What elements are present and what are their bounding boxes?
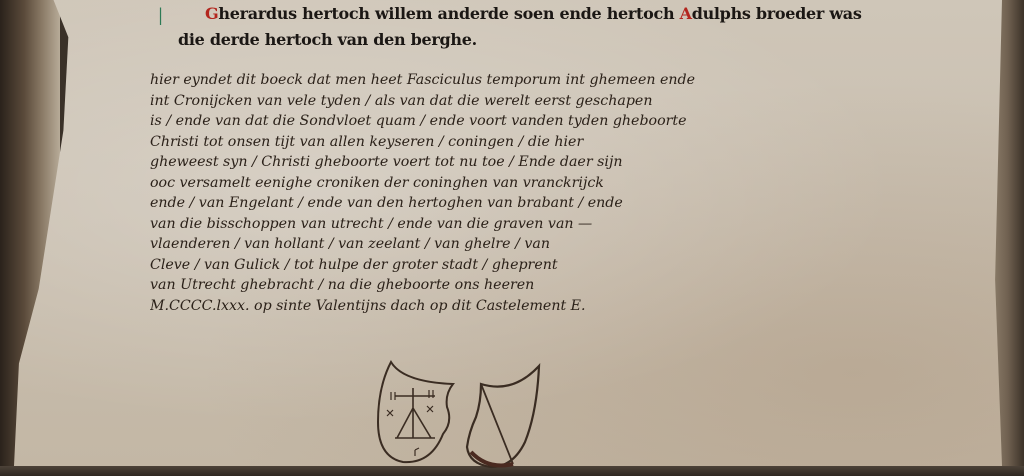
manuscript-line: vlaenderen / van hollant / van zeelant /… (150, 234, 990, 255)
manuscript-line: ooc versamelt eenighe croniken der conin… (150, 173, 990, 194)
manuscript-line: ende / van Engelant / ende van den herto… (150, 193, 990, 214)
monogram-shield-icon (378, 362, 453, 462)
printed-text: herardus hertoch willem anderde soen end… (218, 4, 679, 23)
heraldic-shields-drawing (373, 352, 543, 472)
manuscript-line: Christi tot onsen tijt van allen keysere… (150, 132, 990, 153)
manuscript-line: int Cronijcken van vele tyden / als van … (150, 91, 990, 112)
manuscript-annotation: hier eyndet dit boeck dat men heet Fasci… (150, 70, 990, 316)
manuscript-line: hier eyndet dit boeck dat men heet Fasci… (150, 70, 990, 91)
empty-shield-icon (467, 366, 539, 467)
manuscript-line: M.CCCC.lxxx. op sinte Valentijns dach op… (150, 296, 990, 317)
margin-mark: I (157, 3, 164, 31)
manuscript-line: Cleve / van Gulick / tot hulpe der grote… (150, 255, 990, 276)
manuscript-line: van die bisschoppen van utrecht / ende v… (150, 214, 990, 235)
printed-header-line-2: die derde hertoch van den berghe. (178, 30, 477, 49)
manuscript-line: van Utrecht ghebracht / na die gheboorte… (150, 275, 990, 296)
manuscript-line: gheweest syn / Christi gheboorte voert t… (150, 152, 990, 173)
manuscript-line: is / ende van dat die Sondvloet quam / e… (150, 111, 990, 132)
printed-header-line-1: Gherardus hertoch willem anderde soen en… (205, 4, 862, 23)
rubricated-initial-g: G (205, 4, 218, 23)
printed-text: dulphs broeder was (692, 4, 862, 23)
rubricated-initial-a: A (680, 4, 692, 23)
